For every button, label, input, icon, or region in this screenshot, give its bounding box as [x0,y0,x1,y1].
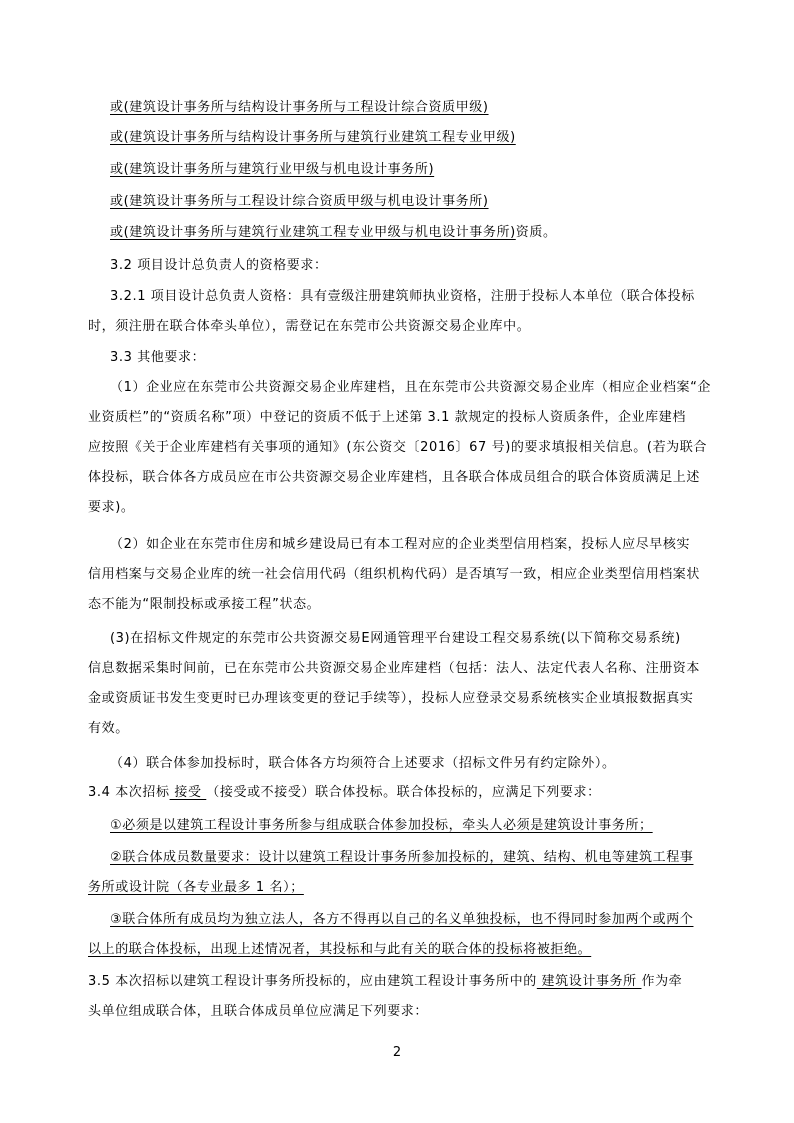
section-3-3-item3-line2: 信息数据采集时间前，已在东莞市公共资源交易企业库建档（包括：法人、法定代表人名称… [88,661,714,677]
section-3-3-item1-line5: 要求)。 [88,500,714,516]
section-3-4-prefix: 3.4 本次招标 [88,785,170,800]
qualification-option-1: 或(建筑设计事务所与结构设计事务所与工程设计综合资质甲级) [110,100,714,116]
consortium-requirement-3-line2: 以上的联合体投标，出现上述情况者，其投标和与此有关的联合体的投标将被拒绝。 [88,942,714,958]
qualification-suffix: 资质。 [516,225,557,240]
consortium-requirement-2-line2: 务所或设计院（各专业最多 1 名）； [88,880,714,896]
lead-unit-choice: 建筑设计事务所 [537,974,642,989]
qualification-option-5-line: 或(建筑设计事务所与建筑行业建筑工程专业甲级与机电设计事务所)资质。 [110,225,714,241]
section-3-3-item3-line1: (3)在招标文件规定的东莞市公共资源交易E网通管理平台建设工程交易系统(以下简称… [110,631,714,647]
section-3-3-item2-line1: （2）如企业在东莞市住房和城乡建设局已有本工程对应的企业类型信用档案，投标人应尽… [110,537,714,553]
section-3-2-1-line2: 时，须注册在联合体牵头单位），需登记在东莞市公共资源交易企业库中。 [88,319,714,335]
section-3-3-heading: 3.3 其他要求： [110,350,714,366]
section-3-3-item1-line3: 应按照《关于企业库建档有关事项的通知》(东公资交〔2016〕67 号)的要求填报… [88,440,714,456]
page-number: 2 [0,1045,794,1060]
qualification-option-5: 或(建筑设计事务所与建筑行业建筑工程专业甲级与机电设计事务所) [110,225,516,240]
consortium-requirement-1: ①必须是以建筑工程设计事务所参与组成联合体参加投标，牵头人必须是建筑设计事务所； [110,818,714,834]
consortium-acceptance-choice: 接受 [170,785,207,800]
document-page: 或(建筑设计事务所与结构设计事务所与工程设计综合资质甲级) 或(建筑设计事务所与… [0,0,794,1123]
section-3-3-item1-line2: 业资质栏”的“资质名称”项）中登记的资质不低于上述第 3.1 款规定的投标人资质… [88,410,714,426]
section-3-3-item4: （4）联合体参加投标时，联合体各方均须符合上述要求（招标文件另有约定除外）。 [110,756,714,772]
qualification-option-2: 或(建筑设计事务所与结构设计事务所与建筑行业建筑工程专业甲级) [110,130,714,146]
section-3-5-line1: 3.5 本次招标以建筑工程设计事务所投标的，应由建筑工程设计事务所中的 建筑设计… [88,974,714,990]
section-3-3-item2-line2: 信用档案与交易企业库的统一社会信用代码（组织机构代码）是否填写一致，相应企业类型… [88,567,714,583]
section-3-3-item1-line4: 体投标，联合体各方成员应在市公共资源交易企业库建档，且各联合体成员组合的联合体资… [88,470,714,486]
section-3-4-suffix: （接受或不接受）联合体投标。联合体投标的，应满足下列要求： [206,785,600,800]
section-3-5-suffix: 作为牵 [641,974,682,989]
section-3-5-prefix: 3.5 本次招标以建筑工程设计事务所投标的，应由建筑工程设计事务所中的 [88,974,537,989]
section-3-2-heading: 3.2 项目设计总负责人的资格要求： [110,258,714,274]
section-3-4-intro: 3.4 本次招标 接受 （接受或不接受）联合体投标。联合体投标的，应满足下列要求… [88,785,714,801]
section-3-3-item2-line3: 态不能为“限制投标或承接工程”状态。 [88,597,714,613]
qualification-option-3: 或(建筑设计事务所与建筑行业甲级与机电设计事务所) [110,162,714,178]
section-3-3-item3-line4: 有效。 [88,721,714,737]
qualification-option-4: 或(建筑设计事务所与工程设计综合资质甲级与机电设计事务所) [110,194,714,210]
consortium-requirement-2-line1: ②联合体成员数量要求：设计以建筑工程设计事务所参加投标的，建筑、结构、机电等建筑… [110,850,714,866]
consortium-requirement-3-line1: ③联合体所有成员均为独立法人，各方不得再以自己的名义单独投标，也不得同时参加两个… [110,912,714,928]
section-3-5-line2: 头单位组成联合体，且联合体成员单位应满足下列要求： [88,1004,714,1020]
section-3-3-item1-line1: （1）企业应在东莞市公共资源交易企业库建档，且在东莞市公共资源交易企业库（相应企… [110,380,714,396]
section-3-2-1-line1: 3.2.1 项目设计总负责人资格：具有壹级注册建筑师执业资格，注册于投标人本单位… [110,289,714,305]
section-3-3-item3-line3: 金或资质证书发生变更时已办理该变更的登记手续等），投标人应登录交易系统核实企业填… [88,691,714,707]
